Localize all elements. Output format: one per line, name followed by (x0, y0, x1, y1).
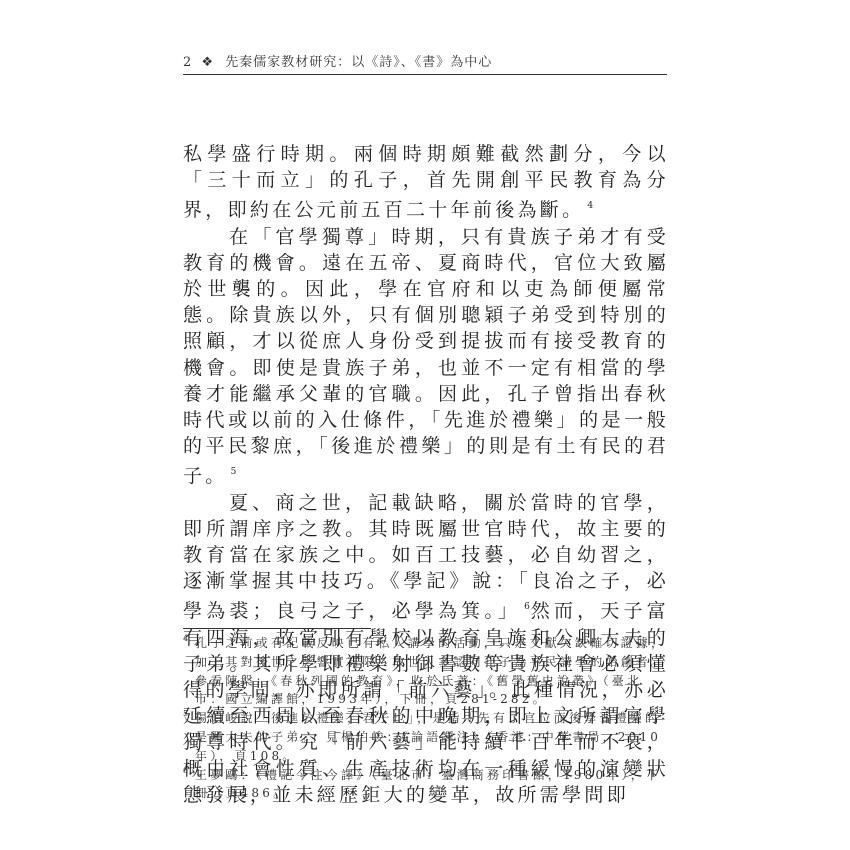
footnote-mark: 5 (183, 705, 188, 724)
footnote-divider (183, 628, 371, 629)
paragraph: 私學盛行時期。兩個時期頗難截然劃分，今以「三十而立」的孔子，首先開創平民教育為分… (183, 141, 669, 224)
page-number: 2 (183, 55, 192, 70)
footnote: 4孔子之前或有記載反映已有私人講學的活動，只是文獻欠缺確切證據，加上其對後世之影… (183, 634, 669, 709)
footnote-ref[interactable]: 5 (231, 467, 237, 477)
footnotes: 4孔子之前或有記載反映已有私人講學的活動，只是文獻欠缺確切證據，加上其對後世之影… (183, 634, 669, 803)
footnote-mark: 4 (183, 630, 188, 649)
ornament-icon: ❖ (201, 55, 214, 70)
paragraph: 在「官學獨尊」時期，只有貴族子弟才有受教育的機會。遠在五帝、夏商時代，官位大致屬… (183, 224, 669, 490)
running-header: 2 ❖ 先秦儒家教材研究：以《詩》、《書》為中心 (183, 54, 667, 75)
footnote: 5楊伯峻說「後進於禮樂，君子也」，是指「先有了官位而後學習禮樂的是卿大夫的子弟。… (183, 709, 669, 765)
running-title: 先秦儒家教材研究：以《詩》、《書》為中心 (225, 55, 492, 70)
footnote-mark: 6 (183, 762, 188, 781)
footnote-ref[interactable]: 4 (587, 201, 593, 211)
footnote: 6王夢鷗：《禮記今注今譯》（臺北市：臺灣商務印書館，1980年），下冊，頁486… (183, 766, 669, 804)
